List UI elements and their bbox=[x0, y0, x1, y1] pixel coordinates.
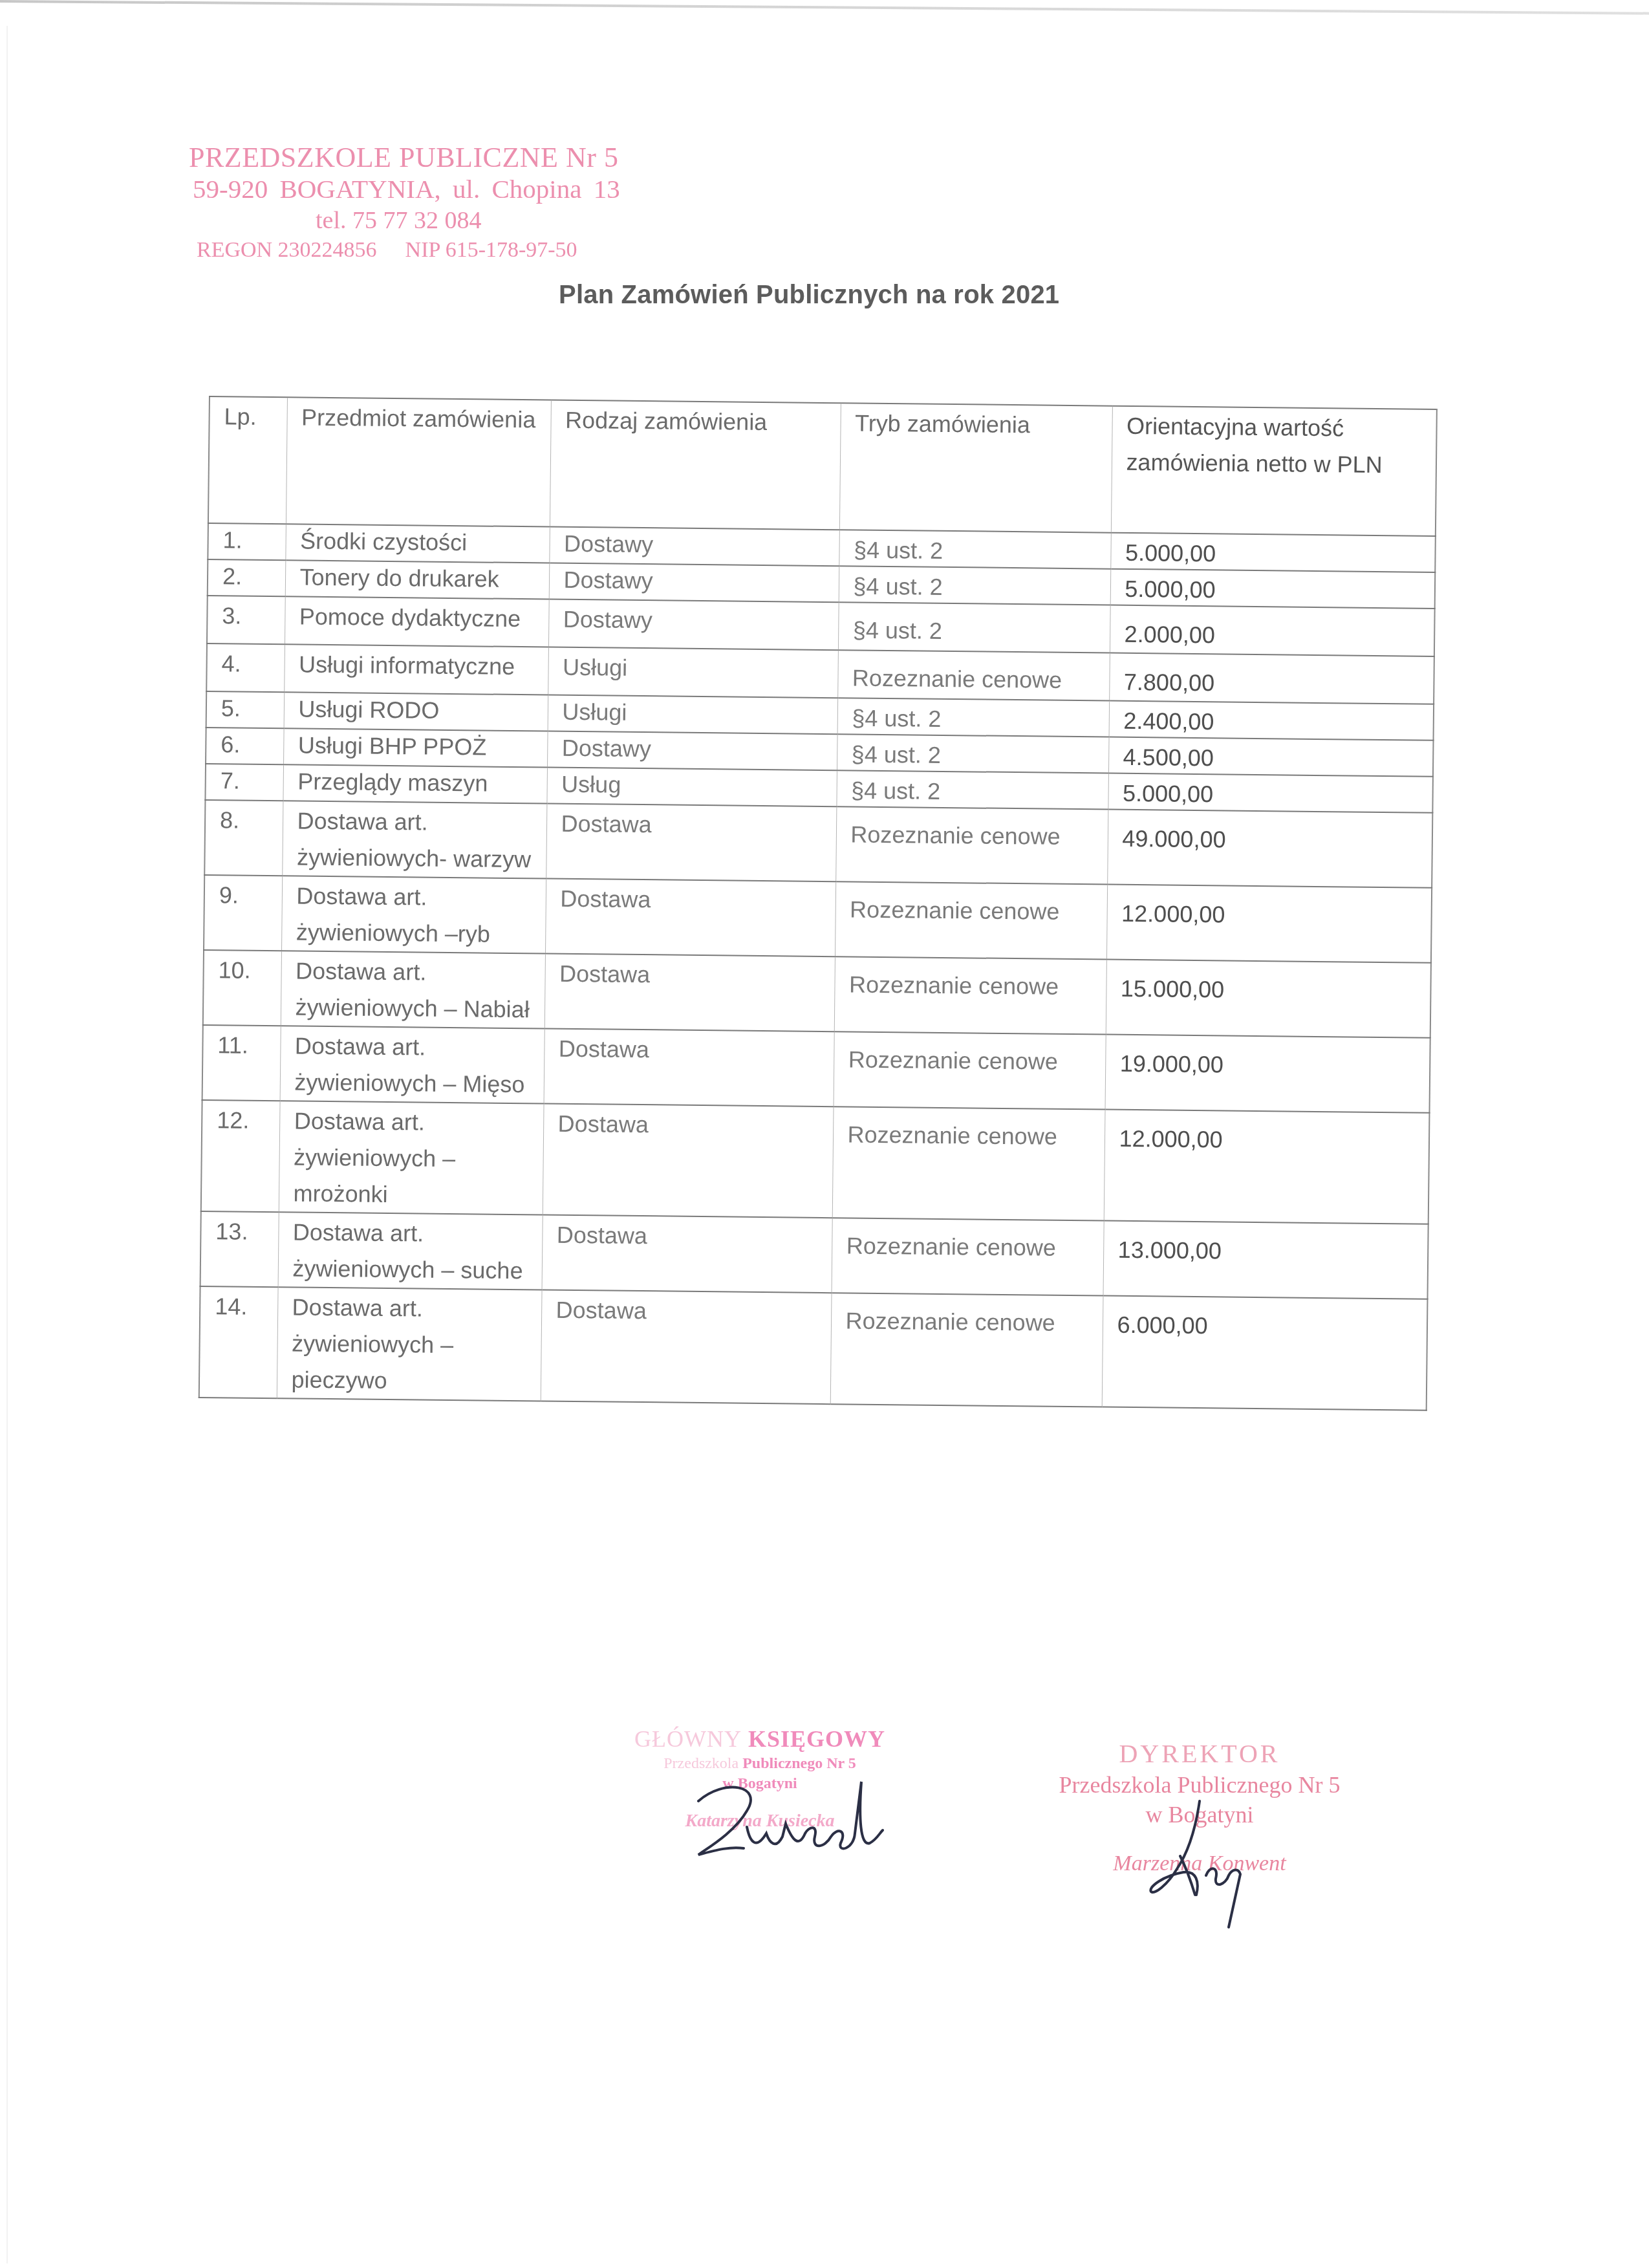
cell-value: 12.000,00 bbox=[1104, 1110, 1430, 1224]
chief-accountant-stamp: GŁÓWNY KSIĘGOWY Przedszkola Publicznego … bbox=[618, 1725, 902, 1831]
table-body: 1.Środki czystościDostawy§4 ust. 25.000,… bbox=[199, 523, 1436, 1410]
cell-value: 4.500,00 bbox=[1108, 737, 1434, 777]
header-kind: Rodzaj zamówienia bbox=[550, 400, 841, 530]
scan-edge-shadow bbox=[0, 0, 1649, 15]
director-title: DYREKTOR bbox=[1025, 1738, 1374, 1769]
cell-kind: Usług bbox=[546, 768, 837, 807]
cell-mode: Rozeznanie cenowe bbox=[835, 806, 1108, 884]
table-row: 11.Dostawa art. żywieniowych – MięsoDost… bbox=[202, 1025, 1430, 1113]
cell-lp: 5. bbox=[206, 691, 285, 728]
cell-lp: 14. bbox=[199, 1286, 278, 1398]
cell-lp: 10. bbox=[203, 950, 281, 1026]
cell-subject: Dostawa art. żywieniowych – Mięso bbox=[280, 1026, 544, 1103]
cell-mode: §4 ust. 2 bbox=[837, 734, 1109, 773]
cell-value: 13.000,00 bbox=[1103, 1221, 1428, 1299]
cell-lp: 3. bbox=[207, 596, 285, 644]
cell-subject: Usługi RODO bbox=[284, 692, 548, 731]
cell-kind: Dostawa bbox=[545, 878, 835, 956]
cell-kind: Usługi bbox=[548, 647, 838, 698]
accountant-title-faint: GŁÓWNY bbox=[634, 1726, 742, 1752]
scan-edge-left bbox=[6, 26, 8, 2263]
cell-kind: Dostawa bbox=[542, 1215, 832, 1293]
director-line2: Przedszkola Publicznego Nr 5 bbox=[1025, 1771, 1374, 1798]
director-name: Marzenna Konwent bbox=[1025, 1852, 1374, 1876]
cell-mode: §4 ust. 2 bbox=[839, 530, 1111, 568]
cell-subject: Dostawa art. żywieniowych – suche bbox=[278, 1212, 543, 1290]
table-row: 8.Dostawa art. żywieniowych- warzywDosta… bbox=[204, 800, 1432, 888]
cell-subject: Usługi informatyczne bbox=[284, 644, 548, 695]
table-row: 14.Dostawa art. żywieniowych – pieczywoD… bbox=[199, 1286, 1428, 1410]
cell-subject: Przeglądy maszyn bbox=[283, 764, 547, 803]
cell-value: 7.800,00 bbox=[1109, 653, 1434, 704]
table-row: 10.Dostawa art. żywieniowych – NabiałDos… bbox=[203, 950, 1431, 1038]
cell-mode: Rozeznanie cenowe bbox=[830, 1293, 1103, 1407]
cell-kind: Dostawa bbox=[541, 1290, 832, 1404]
stamp-address: 59-920 BOGATYNIA, ul. Chopina 13 bbox=[189, 176, 654, 202]
cell-kind: Dostawa bbox=[544, 1028, 834, 1107]
cell-kind: Dostawy bbox=[547, 731, 837, 771]
cell-lp: 4. bbox=[206, 643, 285, 692]
cell-subject: Dostawa art. żywieniowych – mrożonki bbox=[279, 1101, 544, 1215]
table-header-row: Lp. Przedmiot zamówienia Rodzaj zamówien… bbox=[208, 396, 1437, 536]
stamp-institution-name: PRZEDSZKOLE PUBLICZNE Nr 5 bbox=[189, 144, 654, 172]
cell-value: 5.000,00 bbox=[1110, 569, 1436, 609]
cell-mode: Rozeznanie cenowe bbox=[832, 1107, 1105, 1220]
institution-stamp: PRZEDSZKOLE PUBLICZNE Nr 5 59-920 BOGATY… bbox=[189, 144, 654, 261]
header-lp: Lp. bbox=[208, 396, 287, 524]
cell-lp: 6. bbox=[206, 728, 284, 764]
cell-value: 49.000,00 bbox=[1107, 810, 1432, 888]
accountant-line3: w Bogatyni bbox=[618, 1775, 902, 1793]
cell-kind: Dostawy bbox=[548, 599, 839, 651]
cell-lp: 2. bbox=[208, 559, 286, 596]
cell-subject: Pomoce dydaktyczne bbox=[285, 596, 549, 647]
director-stamp: DYREKTOR Przedszkola Publicznego Nr 5 w … bbox=[1025, 1738, 1374, 1876]
cell-value: 5.000,00 bbox=[1108, 773, 1433, 813]
cell-lp: 11. bbox=[202, 1025, 281, 1101]
accountant-name: Katarzyna Kusiecka bbox=[618, 1811, 902, 1831]
cell-mode: §4 ust. 2 bbox=[836, 770, 1108, 809]
cell-value: 19.000,00 bbox=[1105, 1035, 1430, 1113]
cell-subject: Usługi BHP PPOŻ bbox=[283, 728, 548, 767]
director-line3: w Bogatyni bbox=[1025, 1801, 1374, 1828]
table-row: 9.Dostawa art. żywieniowych –rybDostawaR… bbox=[204, 875, 1432, 963]
cell-kind: Dostawa bbox=[546, 804, 836, 882]
header-value: Orientacyjna wartość zamówienia netto w … bbox=[1111, 406, 1437, 536]
cell-kind: Dostawy bbox=[549, 563, 839, 603]
cell-kind: Usługi bbox=[548, 695, 838, 735]
cell-mode: §4 ust. 2 bbox=[839, 566, 1111, 605]
procurement-plan-table: Lp. Przedmiot zamówienia Rodzaj zamówien… bbox=[199, 396, 1438, 1411]
document-title: Plan Zamówień Publicznych na rok 2021 bbox=[559, 281, 1059, 310]
accountant-line2: Publicznego Nr 5 bbox=[742, 1755, 856, 1772]
cell-mode: Rozeznanie cenowe bbox=[837, 650, 1110, 700]
cell-subject: Dostawa art. żywieniowych – Nabiał bbox=[281, 951, 545, 1028]
cell-mode: Rozeznanie cenowe bbox=[834, 1031, 1106, 1109]
cell-lp: 7. bbox=[205, 764, 283, 801]
table-row: 12.Dostawa art. żywieniowych – mrożonkiD… bbox=[201, 1100, 1430, 1224]
cell-subject: Środki czystości bbox=[285, 524, 550, 563]
header-mode: Tryb zamówienia bbox=[839, 403, 1112, 532]
cell-subject: Dostawa art. żywieniowych – pieczywo bbox=[277, 1287, 542, 1401]
cell-lp: 12. bbox=[201, 1100, 280, 1212]
cell-mode: §4 ust. 2 bbox=[838, 602, 1110, 653]
cell-mode: §4 ust. 2 bbox=[837, 698, 1110, 737]
cell-value: 15.000,00 bbox=[1106, 960, 1431, 1038]
cell-lp: 13. bbox=[200, 1211, 279, 1287]
cell-subject: Tonery do drukarek bbox=[285, 560, 550, 599]
cell-lp: 1. bbox=[208, 523, 286, 560]
cell-lp: 9. bbox=[204, 875, 282, 951]
accountant-title: KSIĘGOWY bbox=[748, 1726, 885, 1752]
cell-value: 6.000,00 bbox=[1102, 1296, 1428, 1410]
cell-value: 5.000,00 bbox=[1110, 533, 1436, 572]
stamp-regon: REGON 230224856 bbox=[197, 238, 377, 262]
cell-lp: 8. bbox=[204, 800, 283, 876]
cell-value: 12.000,00 bbox=[1106, 885, 1432, 963]
cell-kind: Dostawa bbox=[544, 953, 835, 1031]
cell-value: 2.000,00 bbox=[1110, 605, 1435, 656]
cell-mode: Rozeznanie cenowe bbox=[832, 1218, 1104, 1295]
table-row: 13.Dostawa art. żywieniowych – sucheDost… bbox=[200, 1211, 1428, 1299]
cell-mode: Rozeznanie cenowe bbox=[834, 956, 1106, 1034]
stamp-ids: REGON 230224856NIP 615-178-97-50 bbox=[189, 239, 654, 261]
cell-kind: Dostawa bbox=[543, 1103, 834, 1218]
stamp-nip: NIP 615-178-97-50 bbox=[405, 238, 577, 262]
accountant-line2-faint: Przedszkola bbox=[663, 1755, 738, 1772]
header-subject: Przedmiot zamówienia bbox=[286, 397, 551, 526]
cell-subject: Dostawa art. żywieniowych –ryb bbox=[281, 876, 546, 953]
cell-kind: Dostawy bbox=[549, 527, 839, 567]
cell-mode: Rozeznanie cenowe bbox=[835, 881, 1107, 959]
cell-subject: Dostawa art. żywieniowych- warzyw bbox=[282, 801, 546, 878]
cell-value: 2.400,00 bbox=[1109, 701, 1434, 740]
stamp-phone: tel. 75 77 32 084 bbox=[189, 208, 654, 233]
